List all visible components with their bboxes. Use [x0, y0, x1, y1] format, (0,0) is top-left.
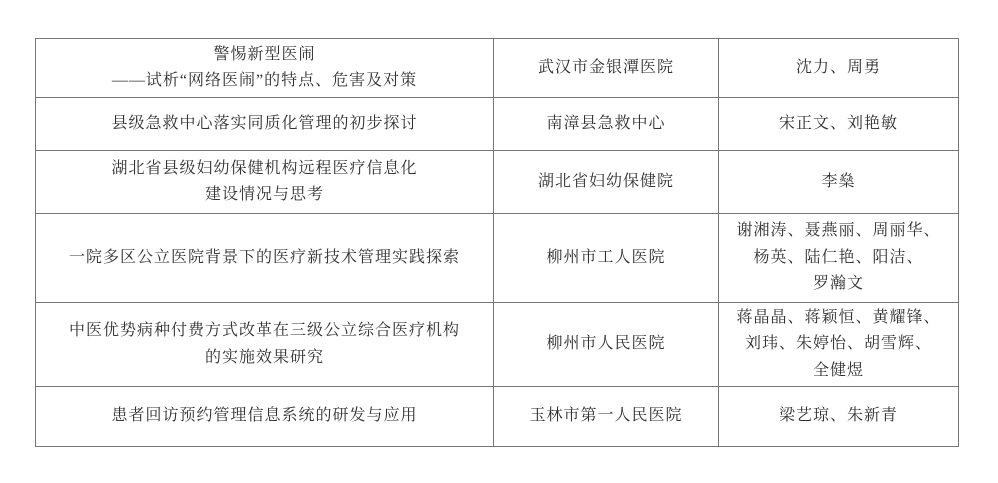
- document-page: 警惕新型医闹 ——试析“网络医闹”的特点、危害及对策武汉市金银潭医院沈力、周勇县…: [0, 0, 998, 483]
- cell-authors: 蒋晶晶、蒋颖恒、黄耀锋、 刘玮、朱婷怡、胡雪辉、 全健煜: [719, 303, 959, 387]
- cell-title: 县级急救中心落实同质化管理的初步探讨: [36, 98, 494, 151]
- table-row: 县级急救中心落实同质化管理的初步探讨南漳县急救中心宋正文、刘艳敏: [36, 98, 959, 151]
- table-row: 警惕新型医闹 ——试析“网络医闹”的特点、危害及对策武汉市金银潭医院沈力、周勇: [36, 39, 959, 98]
- cell-institution: 玉林市第一人民医院: [494, 387, 719, 447]
- cell-title: 一院多区公立医院背景下的医疗新技术管理实践探索: [36, 214, 494, 303]
- cell-title: 患者回访预约管理信息系统的研发与应用: [36, 387, 494, 447]
- cell-authors: 沈力、周勇: [719, 39, 959, 98]
- cell-title: 中医优势病种付费方式改革在三级公立综合医疗机构 的实施效果研究: [36, 303, 494, 387]
- table-row: 中医优势病种付费方式改革在三级公立综合医疗机构 的实施效果研究柳州市人民医院蒋晶…: [36, 303, 959, 387]
- cell-authors: 李燊: [719, 151, 959, 214]
- cell-title: 警惕新型医闹 ——试析“网络医闹”的特点、危害及对策: [36, 39, 494, 98]
- table-row: 一院多区公立医院背景下的医疗新技术管理实践探索柳州市工人医院谢湘涛、聂燕丽、周丽…: [36, 214, 959, 303]
- table-row: 患者回访预约管理信息系统的研发与应用玉林市第一人民医院梁艺琼、朱新青: [36, 387, 959, 447]
- cell-authors: 谢湘涛、聂燕丽、周丽华、 杨英、陆仁艳、阳洁、 罗瀚文: [719, 214, 959, 303]
- paper-table-body: 警惕新型医闹 ——试析“网络医闹”的特点、危害及对策武汉市金银潭医院沈力、周勇县…: [36, 39, 959, 447]
- cell-institution: 南漳县急救中心: [494, 98, 719, 151]
- cell-institution: 柳州市人民医院: [494, 303, 719, 387]
- cell-institution: 柳州市工人医院: [494, 214, 719, 303]
- cell-authors: 宋正文、刘艳敏: [719, 98, 959, 151]
- table-row: 湖北省县级妇幼保健机构远程医疗信息化 建设情况与思考湖北省妇幼保健院李燊: [36, 151, 959, 214]
- cell-institution: 武汉市金银潭医院: [494, 39, 719, 98]
- cell-title: 湖北省县级妇幼保健机构远程医疗信息化 建设情况与思考: [36, 151, 494, 214]
- cell-institution: 湖北省妇幼保健院: [494, 151, 719, 214]
- cell-authors: 梁艺琼、朱新青: [719, 387, 959, 447]
- paper-list-table: 警惕新型医闹 ——试析“网络医闹”的特点、危害及对策武汉市金银潭医院沈力、周勇县…: [35, 38, 959, 447]
